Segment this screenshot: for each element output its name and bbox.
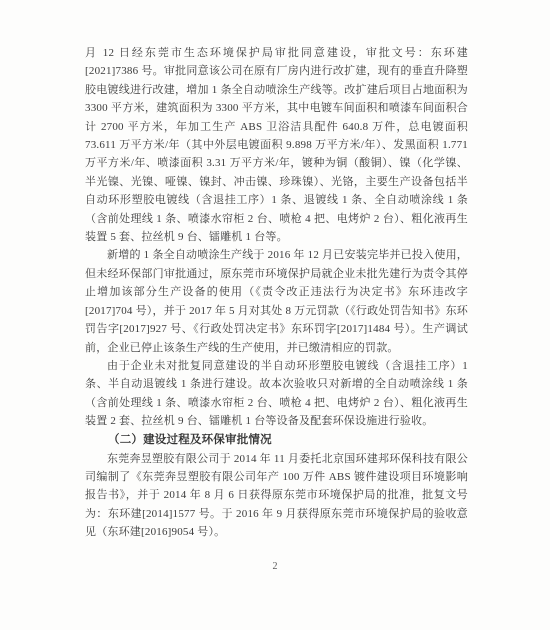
document-page: 月 12 日经东莞市生态环境保护局审批同意建设，审批文号：东环建[2021]73… [0,0,550,630]
paragraph-eia-history: 东莞奔昱塑胶有限公司于 2014 年 11 月委托北京国环建邦环保科技有限公司编… [85,450,468,542]
paragraph-spray-line-penalty: 新增的 1 条全自动喷涂生产线于 2016 年 12 月已安装完毕并已投入使用，… [85,246,468,356]
page-number: 2 [0,561,550,572]
paragraph-acceptance-scope: 由于企业未对批复同意建设的半自动环形塑胶电镀线（含退挂工序）1 条、半自动退镀线… [85,357,468,431]
section-heading-construction-process: （二）建设过程及环保审批情况 [85,431,468,450]
document-body: 月 12 日经东莞市生态环境保护局审批同意建设，审批文号：东环建[2021]73… [85,44,468,542]
paragraph-approval-scope: 月 12 日经东莞市生态环境保护局审批同意建设，审批文号：东环建[2021]73… [85,44,468,246]
